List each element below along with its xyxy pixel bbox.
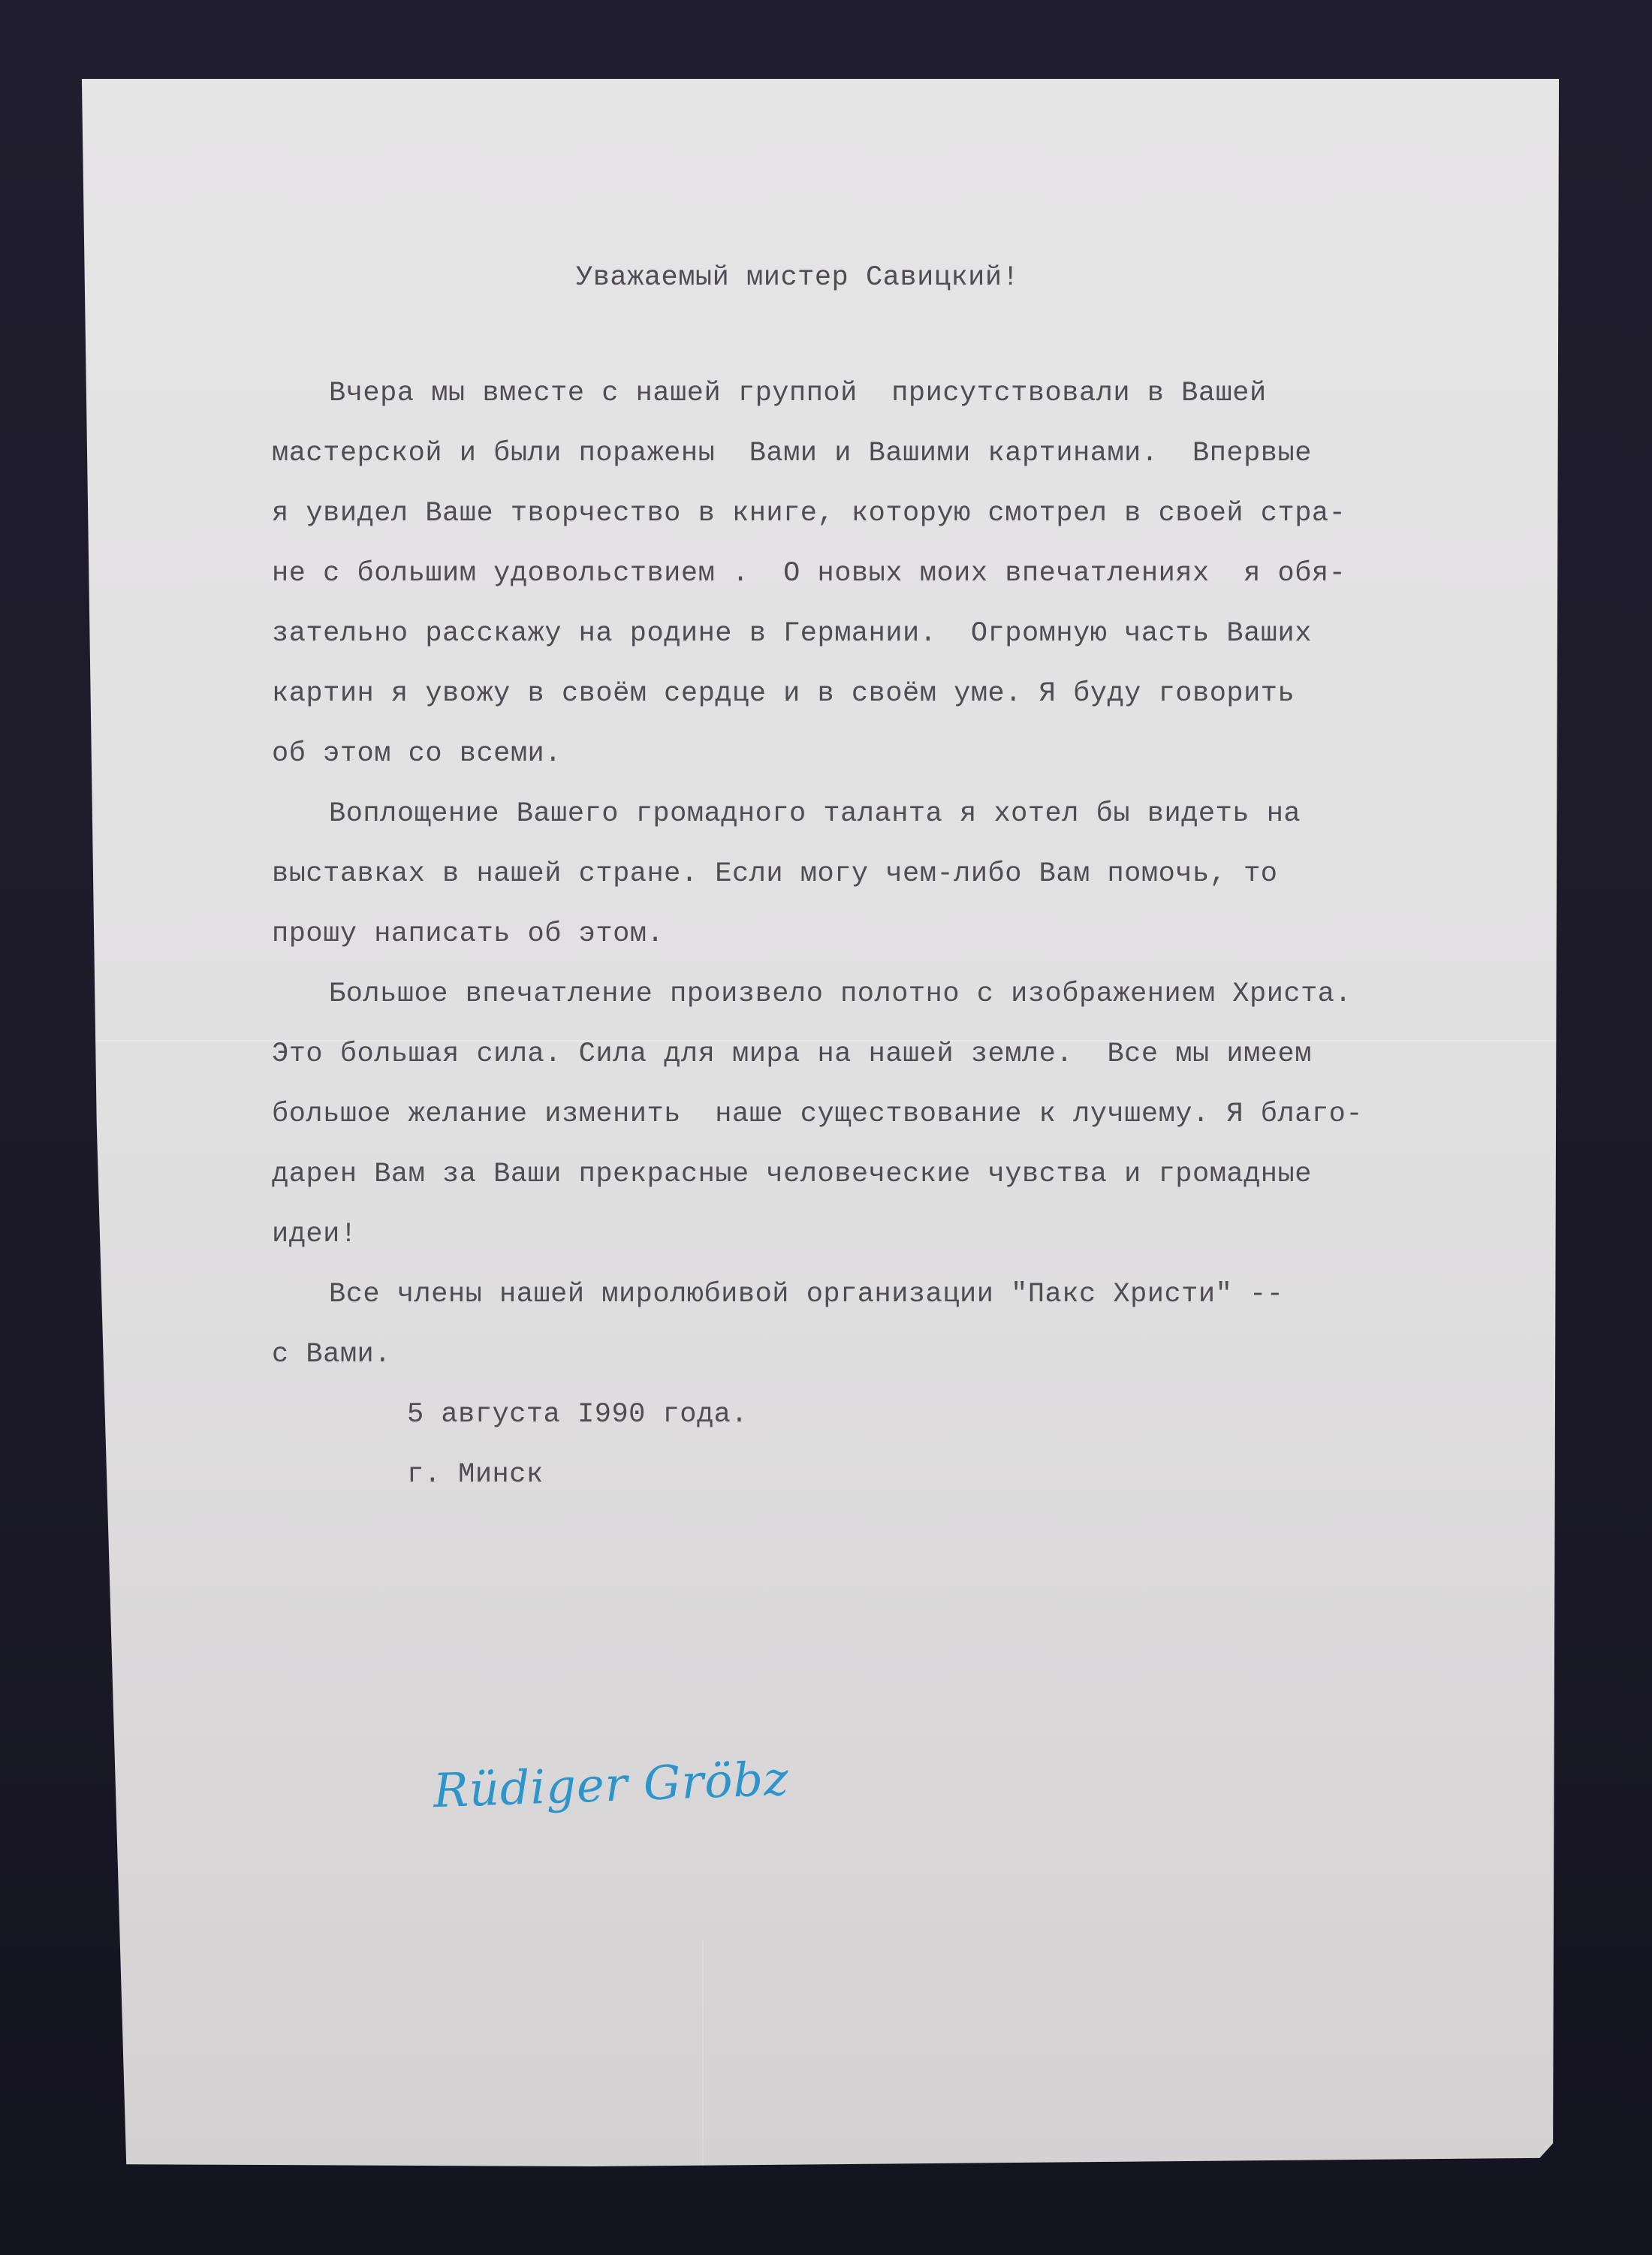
letter-line: Это большая сила. Сила для мира на нашей… — [272, 1024, 1533, 1084]
letter-place: г. Минск — [272, 1445, 1533, 1505]
letter-line: я увидел Ваше творчество в книге, котору… — [272, 484, 1533, 544]
letter-body: Уважаемый мистер Савицкий! Вчера мы вмес… — [272, 248, 1533, 1505]
letter-line: с Вами. — [272, 1325, 1533, 1385]
paper-crease — [702, 1941, 704, 2166]
letter-line: Воплощение Вашего громадного таланта я х… — [272, 784, 1533, 844]
letter-line: картин я увожу в своём сердце и в своём … — [272, 664, 1533, 724]
letter-line: Большое впечатление произвело полотно с … — [272, 964, 1533, 1024]
letter-line: мастерской и были поражены Вами и Вашими… — [272, 424, 1533, 484]
letter-date: 5 августа I990 года. — [272, 1385, 1533, 1445]
letter-line: не с большим удовольствием . О новых мои… — [272, 544, 1533, 604]
letter-line: идеи! — [272, 1204, 1533, 1265]
letter-line: большое желание изменить наше существова… — [272, 1084, 1533, 1144]
letter-paragraphs: Вчера мы вместе с нашей группой присутст… — [272, 363, 1533, 1385]
letter-line: прошу написать об этом. — [272, 904, 1533, 964]
letter-line: об этом со всеми. — [272, 724, 1533, 784]
letter-line: зательно расскажу на родине в Германии. … — [272, 604, 1533, 664]
letter-line: Вчера мы вместе с нашей группой присутст… — [272, 363, 1533, 424]
salutation: Уважаемый мистер Савицкий! — [272, 248, 1533, 308]
letter-line: Все члены нашей миролюбивой организации … — [272, 1265, 1533, 1325]
letter-line: дарен Вам за Ваши прекрасные человечески… — [272, 1144, 1533, 1204]
letter-line: выставках в нашей стране. Если могу чем-… — [272, 844, 1533, 904]
